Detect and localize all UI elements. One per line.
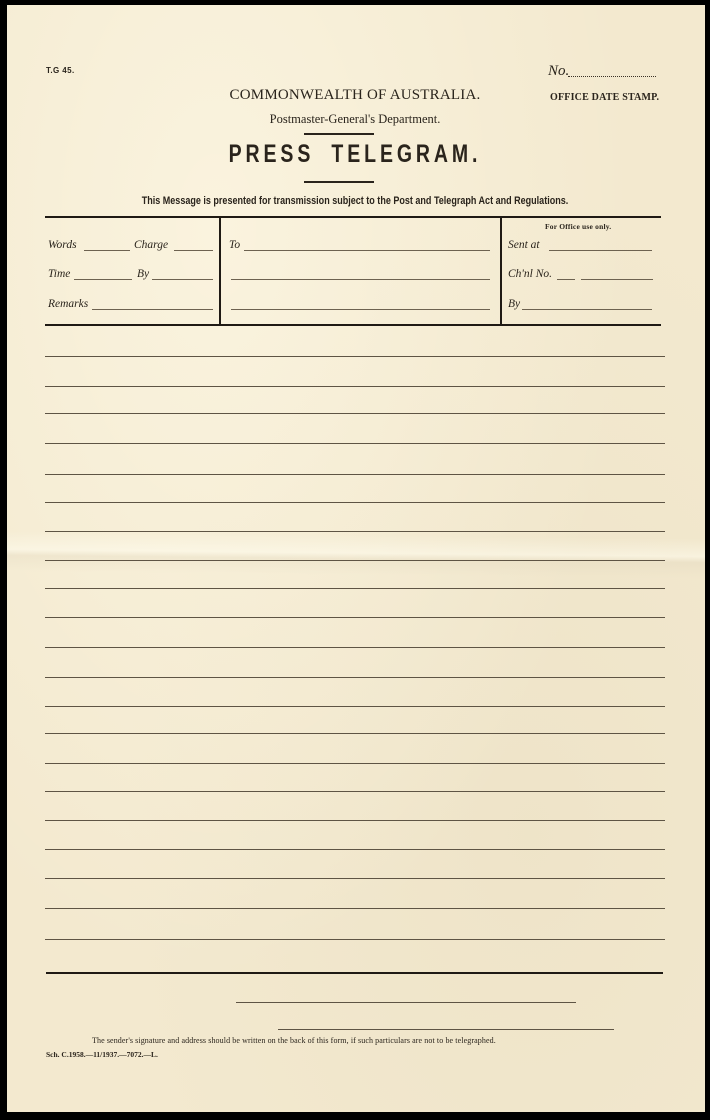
by-label-right: By: [508, 298, 520, 310]
print-code: Sch. C.1958.—11/1937.—7072.—L.: [46, 1050, 158, 1059]
message-line[interactable]: [45, 502, 665, 503]
by-field-left[interactable]: [152, 279, 213, 280]
sent-at-label: Sent at: [508, 239, 540, 251]
message-line[interactable]: [45, 531, 665, 532]
by-field-right[interactable]: [522, 309, 652, 310]
department-heading: Postmaster-General's Department.: [0, 112, 710, 127]
remarks-label: Remarks: [48, 298, 88, 310]
time-field[interactable]: [74, 279, 132, 280]
paper-fold-crease: [7, 531, 705, 578]
message-line[interactable]: [45, 617, 665, 618]
title-word-telegram: TELEGRAM.: [331, 140, 481, 168]
particulars-bottom-rule: [45, 324, 661, 326]
office-use-heading: For Office use only.: [545, 222, 611, 231]
particulars-top-rule: [45, 216, 661, 218]
to-field-line-3[interactable]: [231, 309, 490, 310]
message-line[interactable]: [45, 939, 665, 940]
time-label: Time: [48, 268, 70, 280]
message-line[interactable]: [45, 356, 665, 357]
remarks-field[interactable]: [92, 309, 213, 310]
message-line[interactable]: [45, 560, 665, 561]
charge-label: Charge: [134, 239, 168, 251]
message-line[interactable]: [45, 677, 665, 678]
message-line[interactable]: [45, 443, 665, 444]
signature-note: The sender's signature and address shoul…: [92, 1036, 496, 1045]
charge-field[interactable]: [174, 250, 213, 251]
page-title: PRESSTELEGRAM.: [78, 140, 632, 169]
message-line[interactable]: [45, 588, 665, 589]
number-field[interactable]: [568, 76, 656, 77]
title-word-press: PRESS: [229, 140, 315, 168]
channel-no-field-b[interactable]: [581, 279, 653, 280]
words-label: Words: [48, 239, 77, 251]
message-line[interactable]: [45, 733, 665, 734]
to-label: To: [229, 239, 240, 251]
channel-no-field-a[interactable]: [557, 279, 575, 280]
message-line[interactable]: [45, 413, 665, 414]
message-line[interactable]: [45, 878, 665, 879]
message-line[interactable]: [45, 386, 665, 387]
words-field[interactable]: [84, 250, 130, 251]
sent-at-field[interactable]: [549, 250, 652, 251]
message-line[interactable]: [45, 763, 665, 764]
channel-no-label: Ch'nl No.: [508, 268, 552, 280]
title-rule-bottom: [304, 181, 374, 183]
to-field-line-2[interactable]: [231, 279, 490, 280]
message-line[interactable]: [45, 820, 665, 821]
message-line[interactable]: [45, 647, 665, 648]
particulars-divider-right: [500, 218, 502, 324]
message-line[interactable]: [45, 908, 665, 909]
number-label: No.: [548, 63, 569, 80]
message-line[interactable]: [45, 791, 665, 792]
title-rule-top: [304, 133, 374, 135]
by-label-left: By: [137, 268, 149, 280]
signature-line-2[interactable]: [278, 1029, 614, 1030]
transmission-notice: This Message is presented for transmissi…: [64, 195, 646, 207]
signature-line-1[interactable]: [236, 1002, 576, 1003]
to-field-line-1[interactable]: [244, 250, 490, 251]
particulars-divider-left: [219, 218, 221, 324]
authority-heading: COMMONWEALTH OF AUSTRALIA.: [0, 87, 710, 104]
message-line[interactable]: [45, 474, 665, 475]
message-line[interactable]: [45, 849, 665, 850]
message-bottom-rule: [46, 972, 663, 974]
form-code: T.G 45.: [46, 66, 75, 75]
message-line[interactable]: [45, 706, 665, 707]
